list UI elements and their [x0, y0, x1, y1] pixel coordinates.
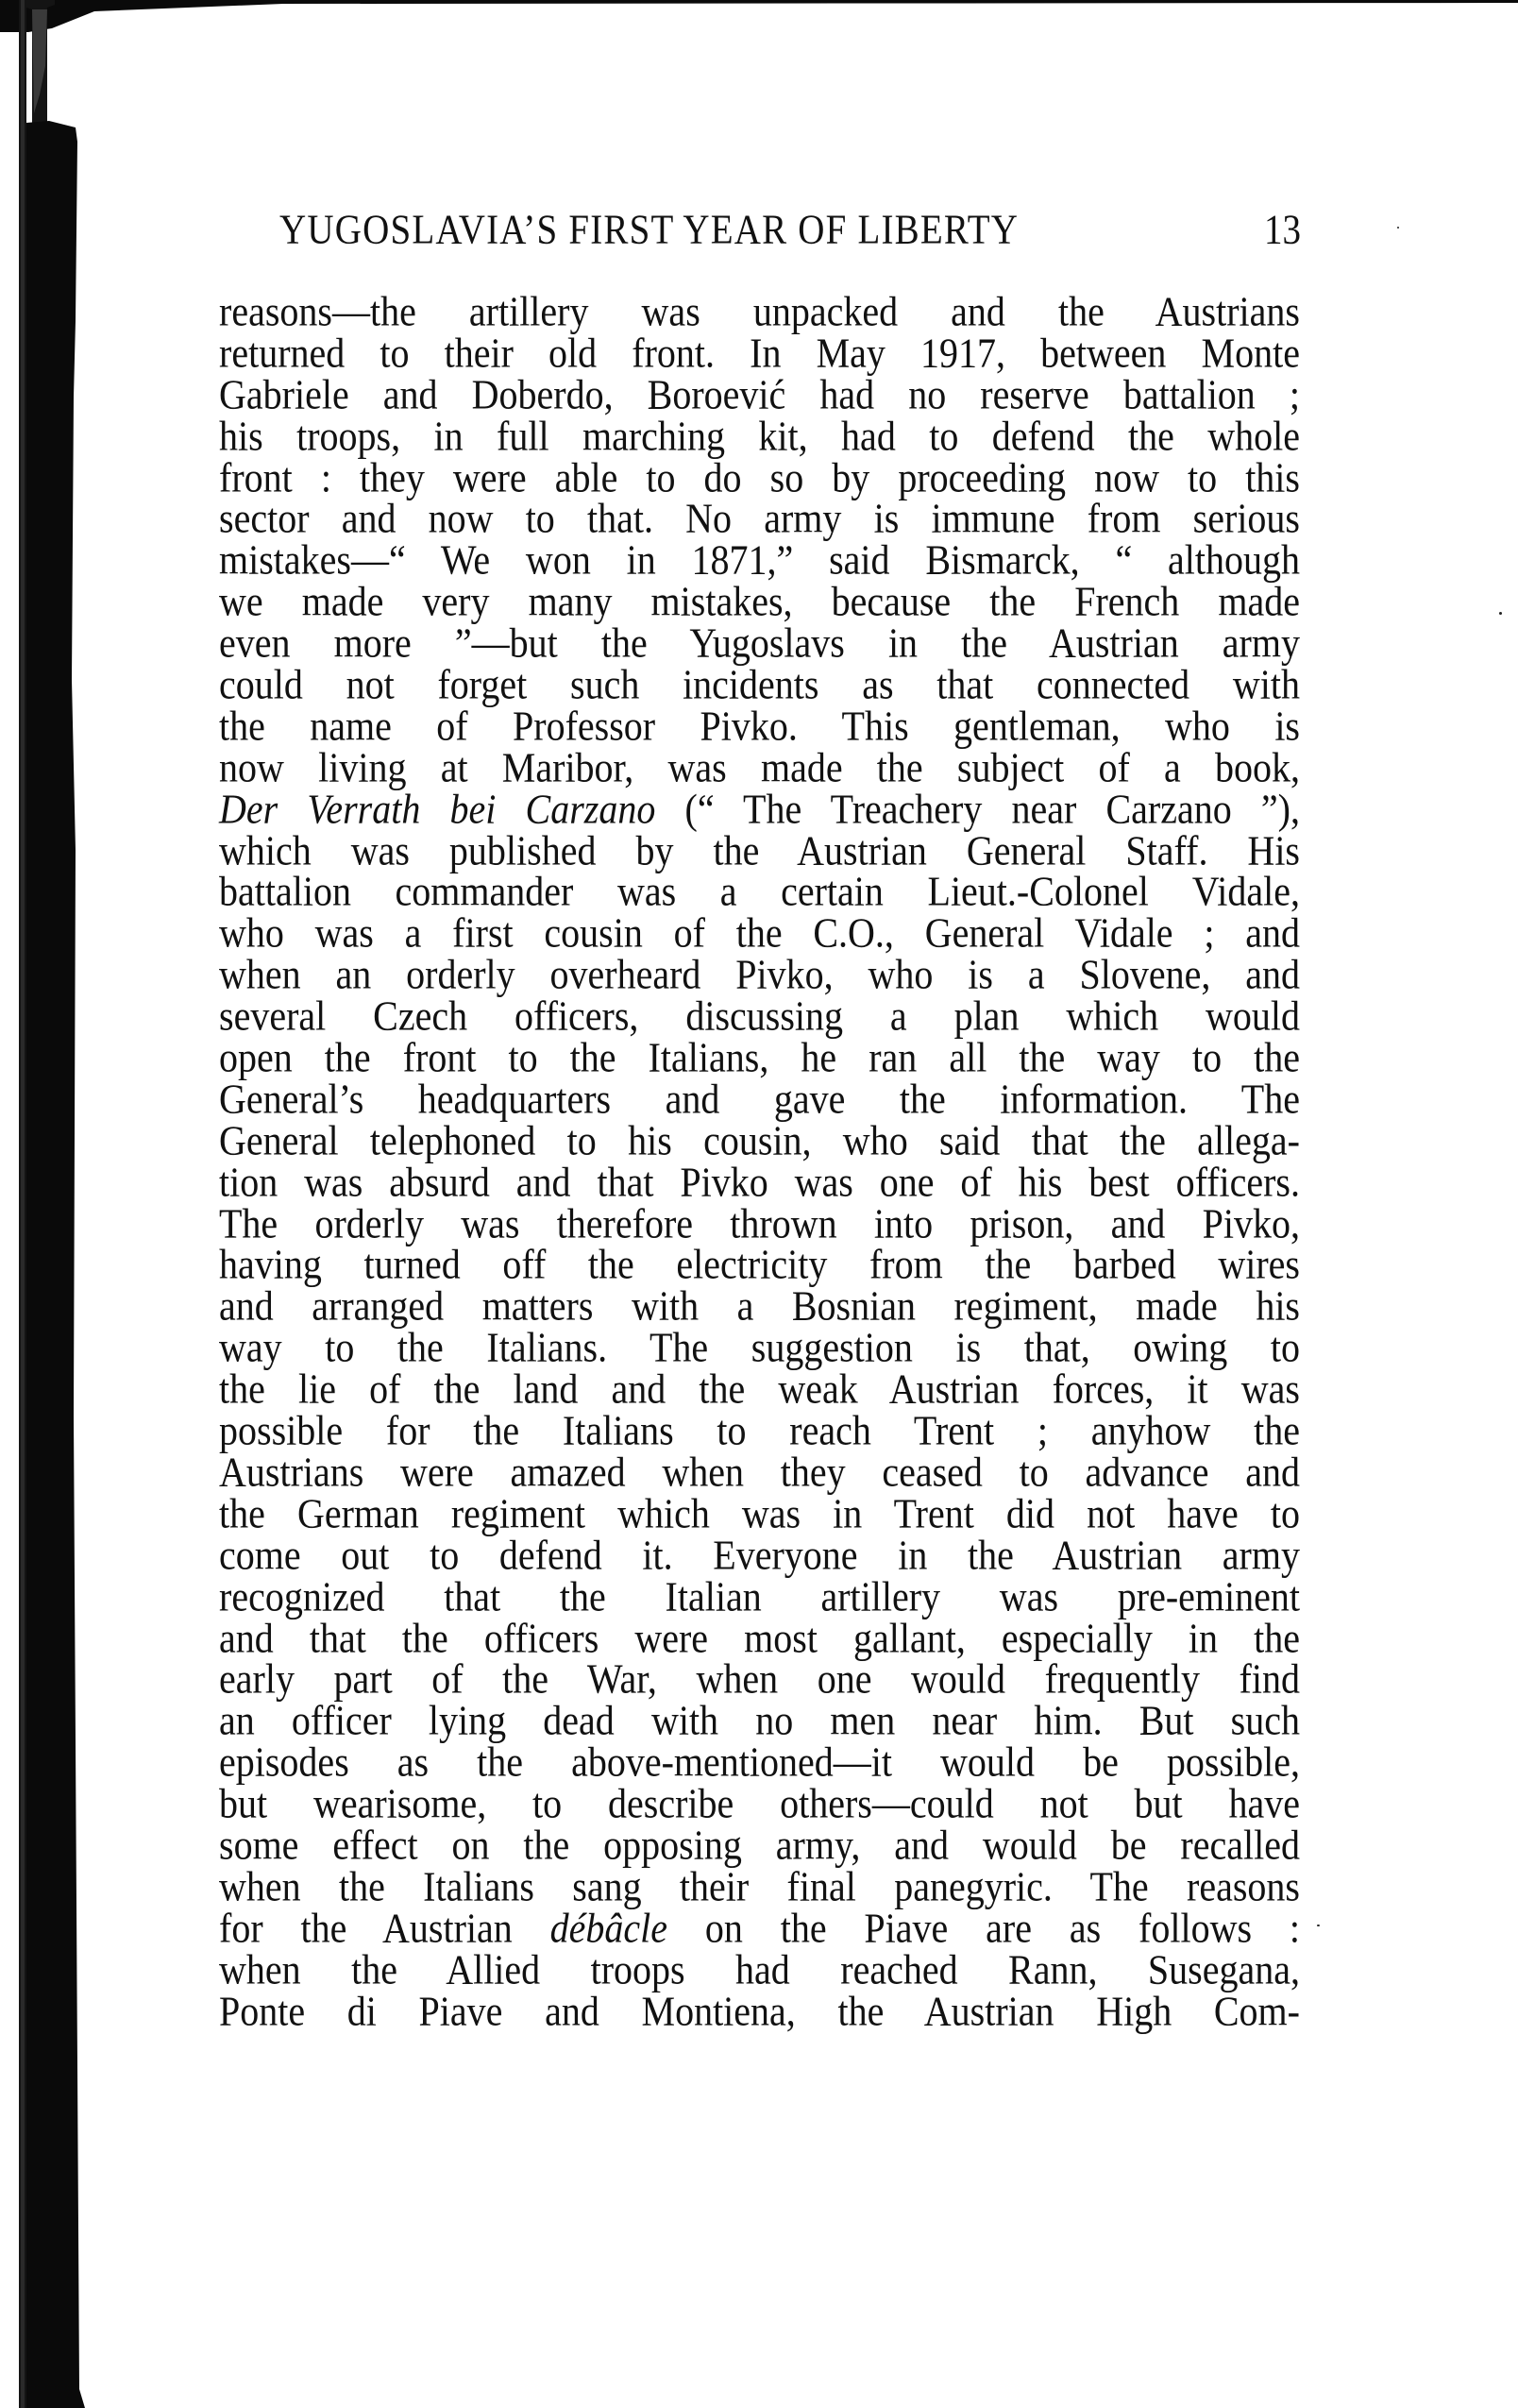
page-number: 13: [1264, 205, 1301, 254]
text-line: open the front to the Italians, he ran a…: [219, 1035, 1300, 1080]
text-line: now living at Maribor, was made the subj…: [219, 745, 1300, 790]
text-line: when an orderly overheard Pivko, who is …: [219, 952, 1300, 997]
text-line-book-title: Der Verrath bei Carzano (“ The Treachery…: [219, 786, 1300, 831]
text-line: but wearisome, to describe others—could …: [219, 1781, 1300, 1826]
scan-binding-edge: [0, 0, 85, 2408]
text-line: when the Allied troops had reached Rann,…: [219, 1946, 1300, 1992]
text-line: having turned off the electricity from t…: [219, 1242, 1300, 1287]
text-line: the name of Professor Pivko. This gentle…: [219, 704, 1300, 749]
text-line: General telephoned to his cousin, who sa…: [219, 1118, 1300, 1163]
text-line: which was published by the Austrian Gene…: [219, 827, 1300, 873]
text-line: General’s headquarters and gave the info…: [219, 1077, 1300, 1122]
text-line: tion was absurd and that Pivko was one o…: [219, 1160, 1300, 1205]
text-line: his troops, in full marching kit, had to…: [219, 413, 1300, 458]
text-line: even more ”—but the Yugoslavs in the Aus…: [219, 620, 1300, 666]
text-line-debacle: for the Austrian débâcle on the Piave ar…: [219, 1906, 1300, 1951]
text-line: front : they were able to do so by proce…: [219, 454, 1300, 500]
body-text: reasons—the artillery was unpacked and t…: [219, 291, 1300, 2031]
text-line: could not forget such incidents as that …: [219, 662, 1300, 707]
text-line: possible for the Italians to reach Trent…: [219, 1408, 1300, 1453]
text-line-pre: for the Austrian: [219, 1904, 550, 1950]
running-head-title: YUGOSLAVIA’S FIRST YEAR OF LIBERTY: [279, 205, 1019, 254]
text-line: the lie of the land and the weak Austria…: [219, 1366, 1300, 1412]
text-line: episodes as the above-mentioned—it would…: [219, 1739, 1300, 1785]
book-title-italic: Der Verrath bei Carzano: [219, 785, 655, 832]
scan-top-edge: [0, 0, 1518, 38]
text-line: Ponte di Piave and Montiena, the Austria…: [219, 1988, 1300, 2033]
binding-edge-shape: [0, 0, 85, 2408]
text-line: returned to their old front. In May 1917…: [219, 331, 1300, 376]
text-line: reasons—the artillery was unpacked and t…: [219, 289, 1300, 334]
running-head: YUGOSLAVIA’S FIRST YEAR OF LIBERTY 13: [279, 194, 1301, 250]
text-line: an officer lying dead with no men near h…: [219, 1698, 1300, 1743]
text-line: several Czech officers, discussing a pla…: [219, 993, 1300, 1039]
text-line: Gabriele and Doberdo, Boroević had no re…: [219, 372, 1300, 417]
text-line: battalion commander was a certain Lieut.…: [219, 869, 1300, 914]
text-line: The orderly was therefore thrown into pr…: [219, 1200, 1300, 1246]
text-line: we made very many mistakes, because the …: [219, 579, 1300, 624]
debacle-italic: débâcle: [550, 1904, 667, 1950]
text-line: come out to defend it. Everyone in the A…: [219, 1533, 1300, 1578]
text-line: and arranged matters with a Bosnian regi…: [219, 1283, 1300, 1329]
scan-speck: [1317, 1925, 1320, 1926]
text-line: sector and now to that. No army is immun…: [219, 496, 1300, 541]
text-line-rest: on the Piave are as follows :: [667, 1904, 1300, 1950]
text-line: the German regiment which was in Trent d…: [219, 1491, 1300, 1536]
text-line: Austrians were amazed when they ceased t…: [219, 1450, 1300, 1495]
scan-speck: [1499, 612, 1502, 615]
text-line: way to the Italians. The suggestion is t…: [219, 1325, 1300, 1370]
text-line: some effect on the opposing army, and wo…: [219, 1823, 1300, 1868]
text-line-rest: (“ The Treachery near Carzano ”),: [655, 785, 1300, 832]
text-line: who was a first cousin of the C.O., Gene…: [219, 910, 1300, 956]
scan-top-edge-shape: [0, 0, 1518, 38]
text-line: early part of the War, when one would fr…: [219, 1656, 1300, 1702]
book-page: YUGOSLAVIA’S FIRST YEAR OF LIBERTY 13 re…: [219, 194, 1300, 2031]
scan-speck: [1397, 227, 1399, 229]
text-line: when the Italians sang their final paneg…: [219, 1864, 1300, 1909]
text-line: mistakes—“ We won in 1871,” said Bismarc…: [219, 537, 1300, 583]
text-line: and that the officers were most gallant,…: [219, 1615, 1300, 1660]
text-line: recognized that the Italian artillery wa…: [219, 1573, 1300, 1619]
